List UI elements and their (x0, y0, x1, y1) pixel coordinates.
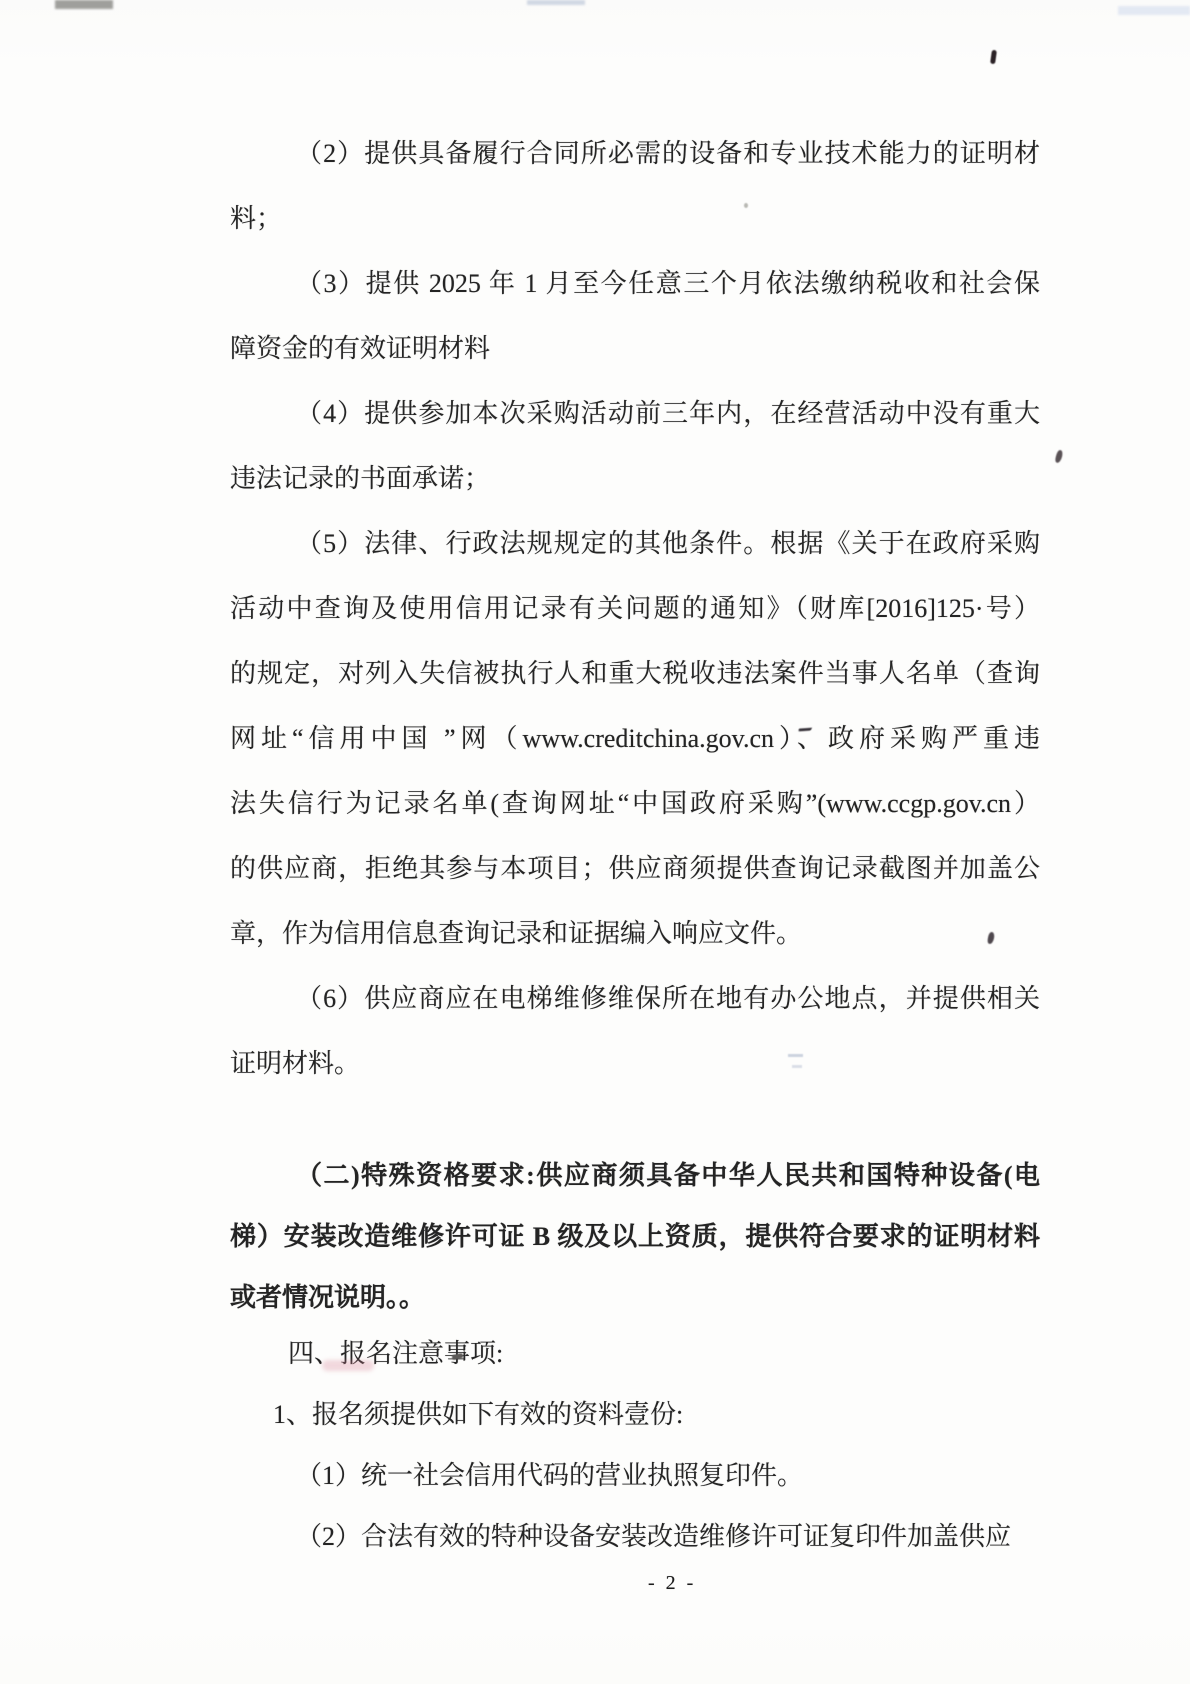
doc-line: （3）提供 2025 年 1 月至今任意三个月依法缴纳税收和社会保 (230, 251, 1040, 316)
doc-line: （5）法律、行政法规规定的其他条件。根据《关于在政府采购 (230, 511, 1040, 576)
doc-line: 料； (230, 186, 1040, 251)
doc-section-heading: 四、报名注意事项: (230, 1323, 1040, 1384)
doc-line: 网址“信用中国 ”网（www.creditchina.gov.cn）、政府采购严… (230, 706, 1040, 771)
doc-line: 1、报名须提供如下有效的资料壹份: (230, 1384, 1040, 1445)
doc-line: （1）统一社会信用代码的营业执照复印件。 (230, 1445, 1040, 1506)
doc-line: 障资金的有效证明材料 (230, 316, 1040, 381)
doc-line: 证明材料。 (230, 1031, 1040, 1096)
doc-line: （6）供应商应在电梯维修维保所在地有办公地点，并提供相关 (230, 966, 1040, 1031)
doc-line: （2）合法有效的特种设备安装改造维修许可证复印件加盖供应 (230, 1506, 1040, 1567)
document-text-block: （2）提供具备履行合同所必需的设备和专业技术能力的证明材 料； （3）提供 20… (230, 121, 1040, 1567)
scan-smudge-top-right (1118, 6, 1190, 15)
doc-line-special-qualification: 或者情况说明。。 (230, 1267, 1040, 1328)
doc-line-special-qualification: （二)特殊资格要求:供应商须具备中华人民共和国特种设备(电 (230, 1145, 1040, 1206)
doc-line: 活动中查询及使用信用记录有关问题的通知》（财库[2016]125·号） (230, 576, 1040, 641)
doc-line: （4）提供参加本次采购活动前三年内，在经营活动中没有重大 (230, 381, 1040, 446)
page-number: - 2 - (648, 1572, 696, 1595)
scan-smudge-top-center (527, 0, 585, 5)
doc-line: 的规定，对列入失信被执行人和重大税收违法案件当事人名单（查询 (230, 641, 1040, 706)
scan-comma-mark (1055, 449, 1064, 463)
doc-line: 的供应商，拒绝其参与本项目；供应商须提供查询记录截图并加盖公 (230, 836, 1040, 901)
doc-line: （2）提供具备履行合同所必需的设备和专业技术能力的证明材 (230, 121, 1040, 186)
document-page: （2）提供具备履行合同所必需的设备和专业技术能力的证明材 料； （3）提供 20… (0, 0, 1190, 1684)
scan-tick-mark (990, 50, 997, 65)
scan-smudge-top-left (55, 0, 113, 9)
doc-line: 法失信行为记录名单(查询网址“中国政府采购”(www.ccgp.gov.cn） (230, 771, 1040, 836)
doc-line-special-qualification: 梯）安装改造维修许可证 B 级及以上资质，提供符合要求的证明材料 (230, 1206, 1040, 1267)
doc-line: 章，作为信用信息查询记录和证据编入响应文件。 (230, 901, 1040, 966)
doc-line: 违法记录的书面承诺； (230, 446, 1040, 511)
